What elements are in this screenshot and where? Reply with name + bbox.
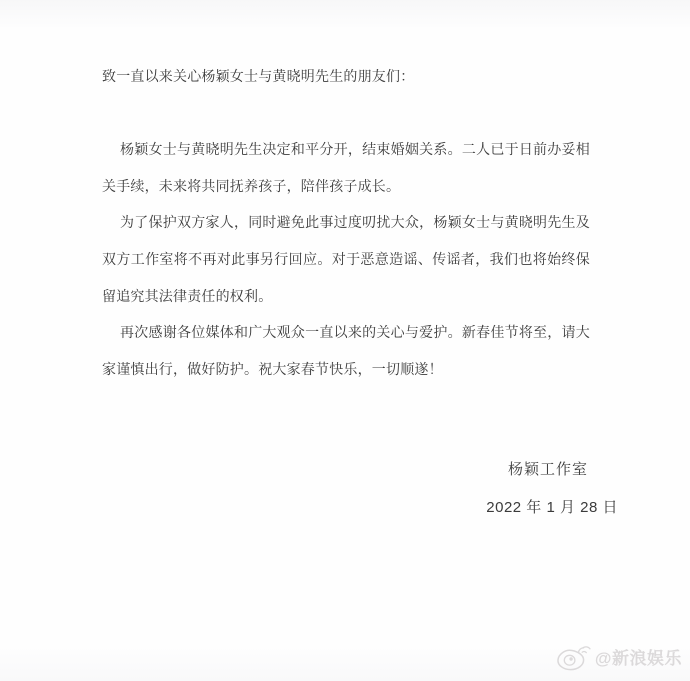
statement-body: 致一直以来关心杨颖女士与黄晓明先生的朋友们： 杨颖女士与黄晓明先生决定和平分开，… (102, 58, 590, 387)
paragraph-2: 为了保护双方家人，同时避免此事过度叨扰大众，杨颖女士与黄晓明先生及双方工作室将不… (102, 204, 590, 314)
paragraph-3: 再次感谢各位媒体和广大观众一直以来的关心与爱护。新春佳节将至，请大家谨慎出行，做… (102, 314, 590, 387)
page: { "page": { "background": "#fefefe", "te… (0, 0, 690, 681)
watermark-handle: @新浪娱乐 (595, 644, 682, 669)
salutation: 致一直以来关心杨颖女士与黄晓明先生的朋友们： (102, 58, 590, 95)
watermark: @新浪娱乐 (555, 641, 682, 672)
weibo-logo-icon (555, 641, 592, 672)
paragraph-1: 杨颖女士与黄晓明先生决定和平分开，结束婚姻关系。二人已于日前办妥相关手续，未来将… (102, 131, 590, 204)
statement-date: 2022 年 1 月 28 日 (486, 496, 618, 517)
signature: 杨颖工作室 (508, 458, 588, 479)
